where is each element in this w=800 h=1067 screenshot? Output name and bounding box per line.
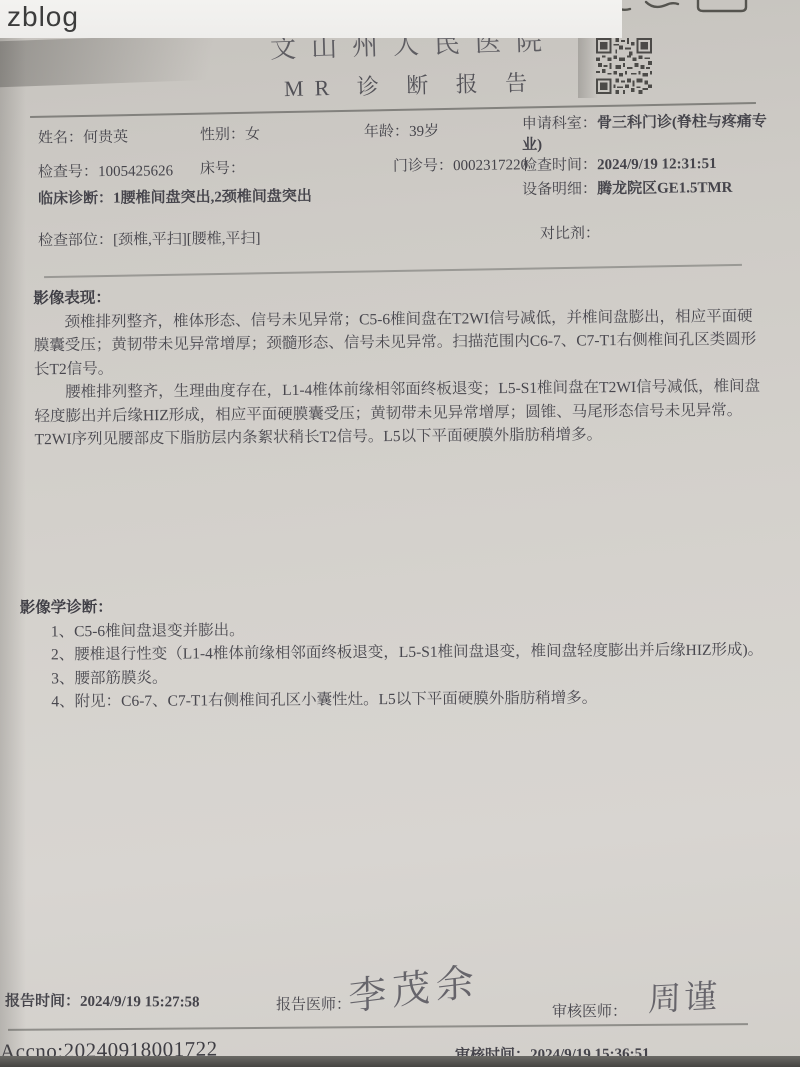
field-bed-no: 床号：: [200, 157, 245, 178]
field-exam-parts-value: [颈椎,平扫][腰椎,平扫]: [113, 231, 261, 249]
mr-report-document: 文山州人民医院 MR 诊 断 报 告: [0, 0, 800, 1067]
report-photo: 文山州人民医院 MR 诊 断 报 告: [0, 0, 800, 1067]
field-exam-time: 检查时间：2024/9/19 12:31:51: [522, 152, 717, 175]
report-doctor-signature: 李茂余: [348, 950, 480, 1021]
field-age-value: 39岁: [409, 124, 439, 140]
site-logo[interactable]: zblog: [7, 1, 79, 33]
field-exam-no-label: 检查号：: [38, 164, 98, 181]
field-name: 姓名：何贵英: [38, 126, 128, 148]
divider-footer: [8, 1023, 748, 1031]
field-exam-parts-label: 检查部位：: [38, 232, 113, 249]
findings-paragraph-cervical: 颈椎排列整齐，椎体形态、信号未见异常；C5-6椎间盘在T2WI信号减低，并椎间盘…: [34, 304, 768, 381]
photo-edge-bottom: [0, 1056, 800, 1067]
field-contrast: 对比剂：: [540, 222, 600, 244]
field-contrast-label: 对比剂：: [540, 226, 600, 243]
report-time-label: 报告时间：: [5, 993, 80, 1009]
field-name-label: 姓名：: [38, 130, 83, 146]
findings-section: 影像表现： 颈椎排列整齐，椎体形态、信号未见异常；C5-6椎间盘在T2WI信号减…: [33, 281, 767, 452]
report-doctor-label: 报告医师：: [276, 993, 351, 1014]
diagnosis-section: 影像学诊断： 1、C5-6椎间盘退变并膨出。 2、腰椎退行性变（L1-4椎体前缘…: [20, 591, 769, 714]
field-exam-no: 检查号：1005425626: [38, 159, 173, 181]
field-gender-label: 性别：: [200, 127, 245, 143]
site-header-bar: zblog: [0, 0, 622, 38]
field-outpatient-no-label: 门诊号：: [393, 158, 453, 175]
handwriting-remnant-icon: [612, 0, 772, 18]
field-outpatient-no: 门诊号：0002317220: [393, 153, 528, 175]
field-exam-parts: 检查部位：[颈椎,平扫][腰椎,平扫]: [38, 227, 261, 250]
field-clinical-diagnosis: 临床诊断：1腰椎间盘突出,2颈椎间盘突出: [38, 185, 312, 209]
field-device-label: 设备明细：: [522, 181, 597, 198]
field-exam-time-label: 检查时间：: [522, 157, 597, 174]
field-clinical-diagnosis-label: 临床诊断：: [38, 191, 113, 208]
field-device: 设备明细：腾龙院区GE1.5TMR: [522, 176, 733, 199]
divider-info: [44, 264, 742, 278]
findings-paragraph-lumbar: 腰椎排列整齐，生理曲度存在，L1-4椎体前缘相邻面终板退变；L5-S1椎间盘在T…: [34, 375, 768, 452]
field-device-value: 腾龙院区GE1.5TMR: [597, 180, 733, 197]
field-age-label: 年龄：: [364, 124, 409, 140]
field-exam-time-value: 2024/9/19 12:31:51: [597, 156, 717, 173]
diagnosis-item: 4、附见：C6-7、C7-T1右侧椎间孔区小囊性灶。L5以下平面硬膜外脂肪稍增多…: [20, 685, 768, 714]
field-age: 年龄：39岁: [364, 120, 439, 142]
field-clinical-diagnosis-value: 1腰椎间盘突出,2颈椎间盘突出: [113, 189, 312, 207]
field-outpatient-no-value: 0002317220: [453, 157, 528, 174]
report-time: 报告时间：2024/9/19 15:27:58: [5, 989, 200, 1011]
review-doctor-signature: 周谨: [648, 970, 721, 1021]
qr-code-icon: [596, 37, 652, 95]
field-department-label: 申请科室：: [522, 116, 597, 133]
field-bed-no-label: 床号：: [200, 161, 245, 177]
review-doctor-label: 审核医师：: [552, 1000, 627, 1021]
field-name-value: 何贵英: [83, 130, 128, 146]
field-gender: 性别：女: [200, 123, 260, 145]
field-department: 申请科室：骨三科门诊(脊柱与疼痛专业): [522, 112, 774, 157]
report-title: MR 诊 断 报 告: [284, 66, 539, 103]
field-exam-no-value: 1005425626: [98, 163, 173, 180]
field-gender-value: 女: [245, 127, 260, 143]
report-time-value: 2024/9/19 15:27:58: [80, 994, 200, 1011]
